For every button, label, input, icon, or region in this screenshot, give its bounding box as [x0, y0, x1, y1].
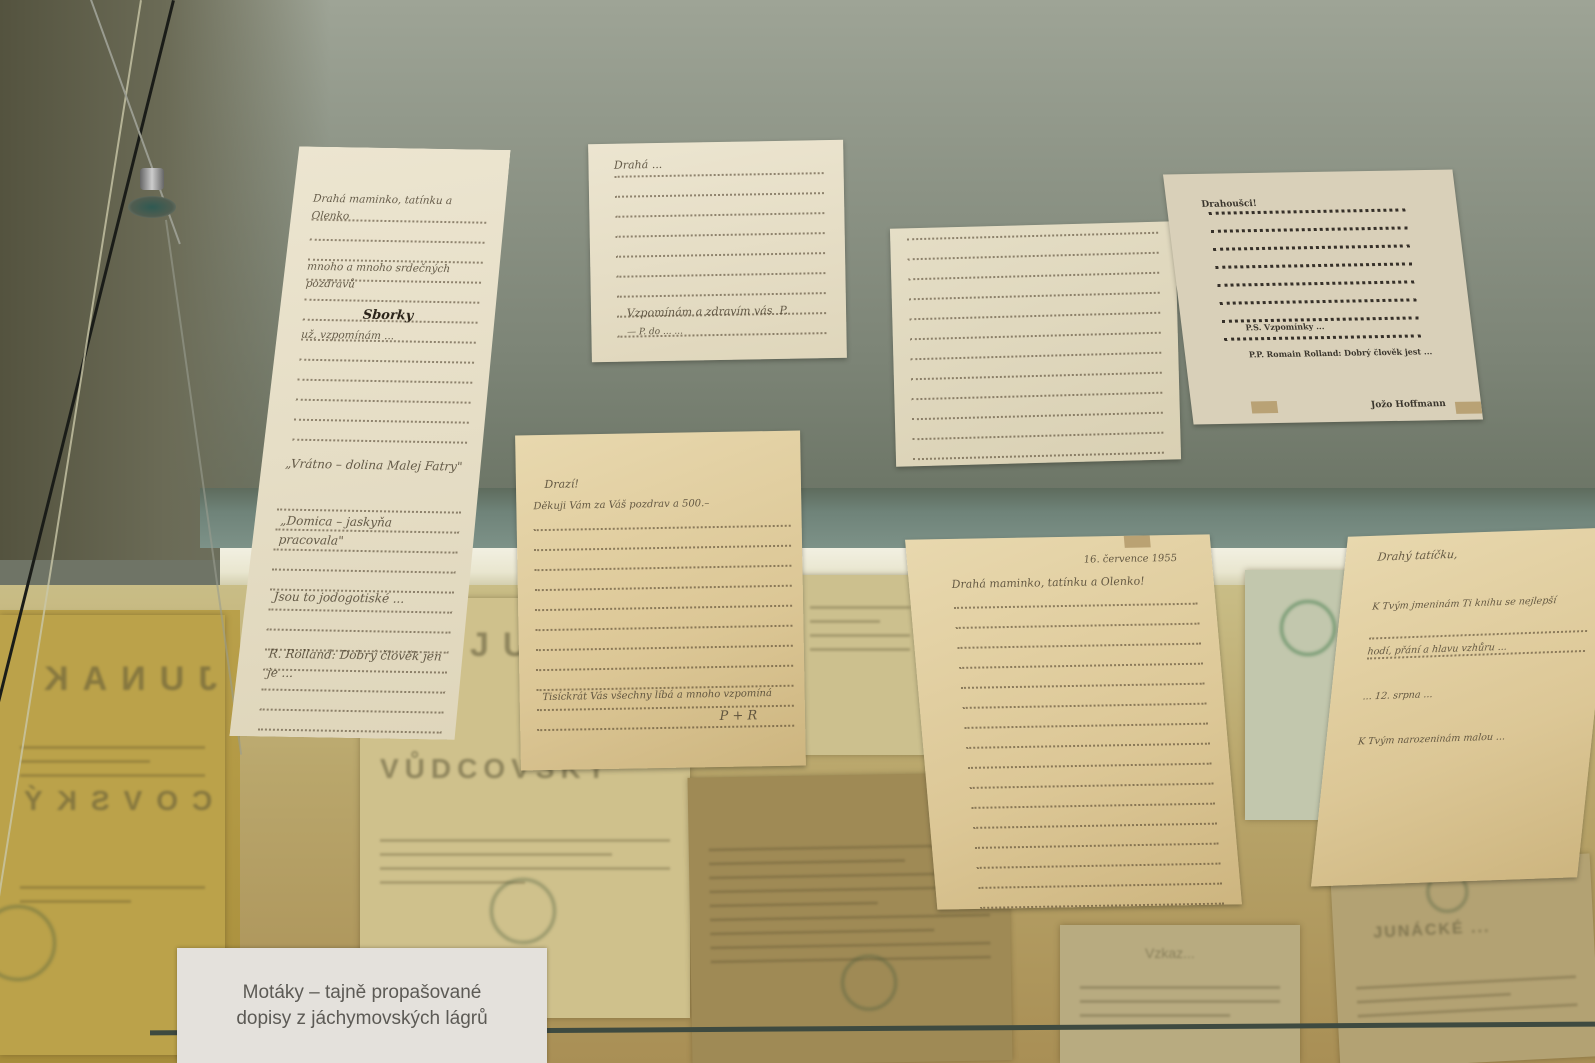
background-form-behind-strip: [790, 575, 930, 755]
letter-postscript: — P. do ... ...: [627, 320, 826, 342]
letter-bottom-center-left: Drazí! Děkuji Vám za Váš pozdrav a 500.–…: [515, 431, 806, 771]
certificate-subtitle: VŮDCOVSKÝ: [10, 785, 225, 817]
glass-clip-fixture: [128, 168, 178, 223]
note-title: Vzkaz...: [1145, 945, 1195, 961]
underlined-word: Sborky: [362, 308, 414, 324]
handwriting-block: [1365, 628, 1587, 676]
letter-greeting: Drazí!: [544, 471, 778, 494]
seal-stamp: [841, 954, 898, 1011]
handwriting-block: [907, 230, 1165, 467]
background-note: Vzkaz...: [1060, 925, 1300, 1063]
letter-top-center: Drahá ... Vzpomínám a zdravím vás P. — P…: [588, 140, 847, 362]
background-certificate-right: JUNÁCKÉ ...: [1330, 853, 1595, 1063]
letter-signature: Jožo Hoffmann: [1370, 395, 1459, 416]
letter-bottom-center-right: 16. července 1955 Drahá maminko, tatínku…: [905, 534, 1242, 909]
certificate-title: JUNAK: [30, 660, 217, 699]
caption-line-1: Motáky – tajně propašované: [243, 980, 482, 1006]
exhibit-caption-label: Motáky – tajně propašované dopisy z jách…: [177, 948, 547, 1063]
letter-top-right-dark-ink: Drahoušci! P.S. Vzpomínky ... P.P. Romai…: [1163, 169, 1483, 424]
tape-corner: [1251, 401, 1278, 413]
certificate-text-lines: [20, 735, 205, 788]
caption-line-2: dopisy z jáchymovských lágrů: [236, 1006, 487, 1032]
letter-line: „Vrátno – dolina Malej Fatry": [285, 455, 466, 477]
letter-line: ... 12. srpna ...: [1362, 682, 1577, 704]
seal-stamp: [490, 878, 556, 944]
seal-stamp: [1280, 600, 1336, 656]
letter-closing: Vzpomínám a zdravím vás P.: [627, 300, 826, 322]
letter-date: 16. července 1955: [1083, 549, 1188, 570]
letter-first-line: Děkuji Vám za Váš pozdrav a 500.–: [533, 493, 778, 516]
tape-corner: [1455, 401, 1482, 413]
letter-top-right-center: [890, 221, 1181, 466]
handwriting-block: [953, 601, 1225, 910]
seal-stamp: [0, 905, 56, 981]
letter-line: K Tvým jmeninám Ti knihu se nejlepší: [1371, 592, 1586, 614]
letter-ps2: P.P. Romain Rolland: Dobrý člověk jest .…: [1248, 345, 1452, 361]
display-case-scene: JUNAK VŮDCOVSKÝ JUNÁ VŮDCOVSKÝ Vzkaz... …: [0, 0, 1595, 1063]
tape-corner: [1124, 535, 1151, 547]
letter-line: K Tvým narozeninám malou ...: [1357, 727, 1572, 749]
letter-signature: P + R: [719, 706, 782, 726]
certificate-title: JUNÁCKÉ ...: [1373, 919, 1491, 943]
letter-bottom-right: Drahý tatíčku, K Tvým jmeninám Ti knihu …: [1311, 527, 1595, 886]
handwriting-block: [256, 506, 461, 739]
letter-greeting: Drahá maminko, tatínku a Olenko!: [951, 571, 1190, 594]
